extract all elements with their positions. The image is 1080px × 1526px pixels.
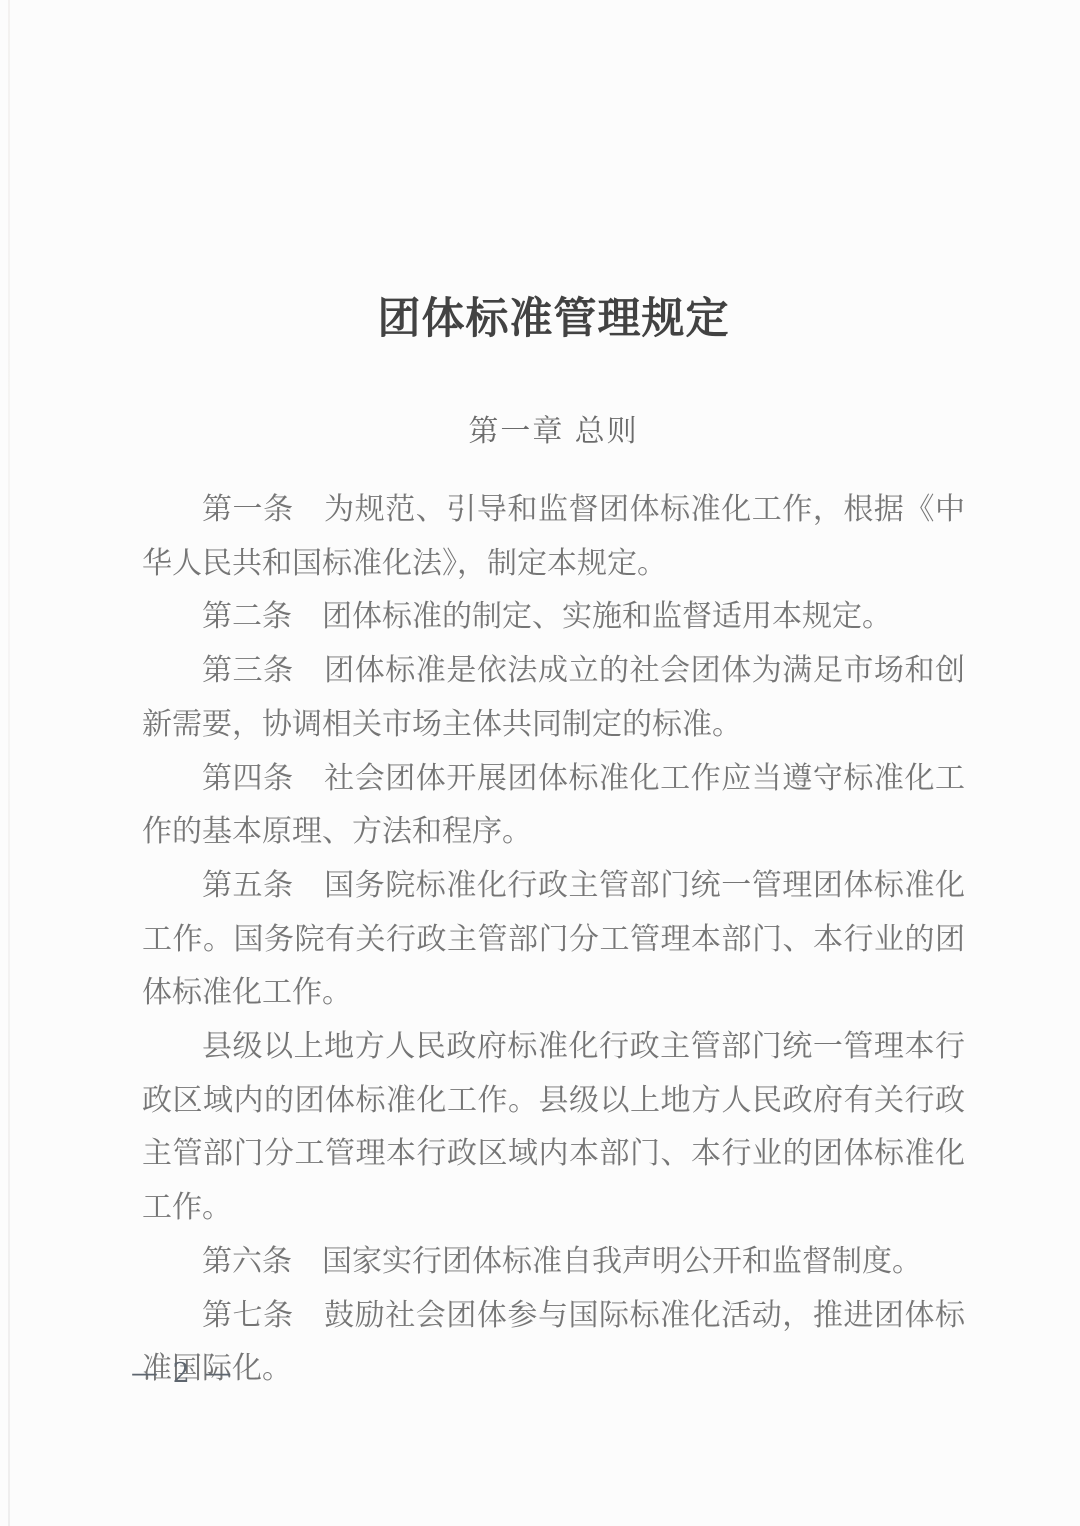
paragraph-article-7: 第七条 鼓励社会团体参与国际标准化活动，推进团体标准国际化。 — [142, 1289, 965, 1396]
paragraph-article-5: 第五条 国务院标准化行政主管部门统一管理团体标准化工作。国务院有关行政主管部门分… — [142, 859, 965, 1020]
paragraph-article-6: 第六条 国家实行团体标准自我声明公开和监督制度。 — [142, 1235, 965, 1289]
chapter-heading: 第一章 总则 — [142, 406, 965, 450]
document-title: 团体标准管理规定 — [142, 285, 965, 346]
paragraph-article-1: 第一条 为规范、引导和监督团体标准化工作，根据《中华人民共和国标准化法》，制定本… — [142, 483, 965, 590]
paragraph-article-4: 第四条 社会团体开展团体标准化工作应当遵守标准化工作的基本原理、方法和程序。 — [142, 752, 965, 859]
paragraph-article-3: 第三条 团体标准是依法成立的社会团体为满足市场和创新需要，协调相关市场主体共同制… — [142, 644, 965, 751]
paragraph-article-2: 第二条 团体标准的制定、实施和监督适用本规定。 — [142, 590, 965, 644]
document-body: 第一条 为规范、引导和监督团体标准化工作，根据《中华人民共和国标准化法》，制定本… — [142, 483, 965, 1396]
scan-edge-artifact — [8, 0, 10, 1526]
document-page: 团体标准管理规定 第一章 总则 第一条 为规范、引导和监督团体标准化工作，根据《… — [0, 0, 1080, 1526]
paragraph-article-5-continued: 县级以上地方人民政府标准化行政主管部门统一管理本行政区域内的团体标准化工作。县级… — [142, 1020, 965, 1235]
page-number: — 2 — — [131, 1358, 234, 1389]
